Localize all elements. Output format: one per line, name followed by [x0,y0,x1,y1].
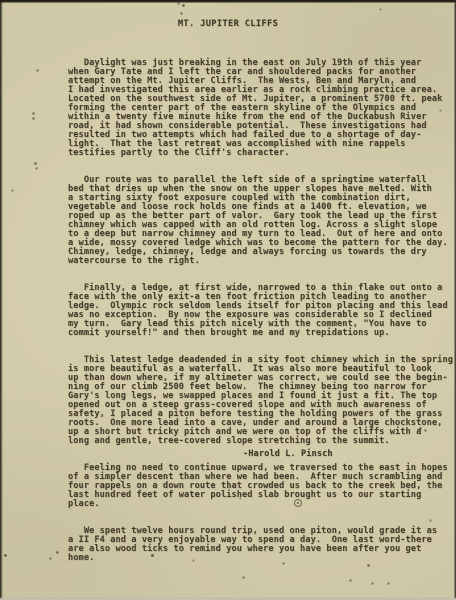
paragraph-4: This latest ledge deadended in a sity fo… [68,356,448,446]
scanned-document-page: MT. JUPITER CLIFFS Daylight was just bre… [0,0,456,600]
paragraph-1: Daylight was just breaking in the east o… [68,59,448,158]
scan-edge-top [0,0,456,3]
paragraph-5: Feeling no need to continue upward, we t… [68,464,448,509]
article-body: Daylight was just breaking in the east o… [68,41,448,581]
paragraph-6: We spent twelve hours round trip, used o… [68,527,448,563]
circled-dot-mark [294,499,302,507]
scan-edge-left [0,0,3,600]
paragraph-2: Our route was to parallel the left side … [68,176,448,266]
paper-specks [0,0,1,1]
page-title: MT. JUPITER CLIFFS [0,19,456,29]
author-signature: -Harold L. Pinsch [243,450,333,459]
paragraph-3: Finally, a ledge, at first wide, narrowe… [68,284,448,338]
